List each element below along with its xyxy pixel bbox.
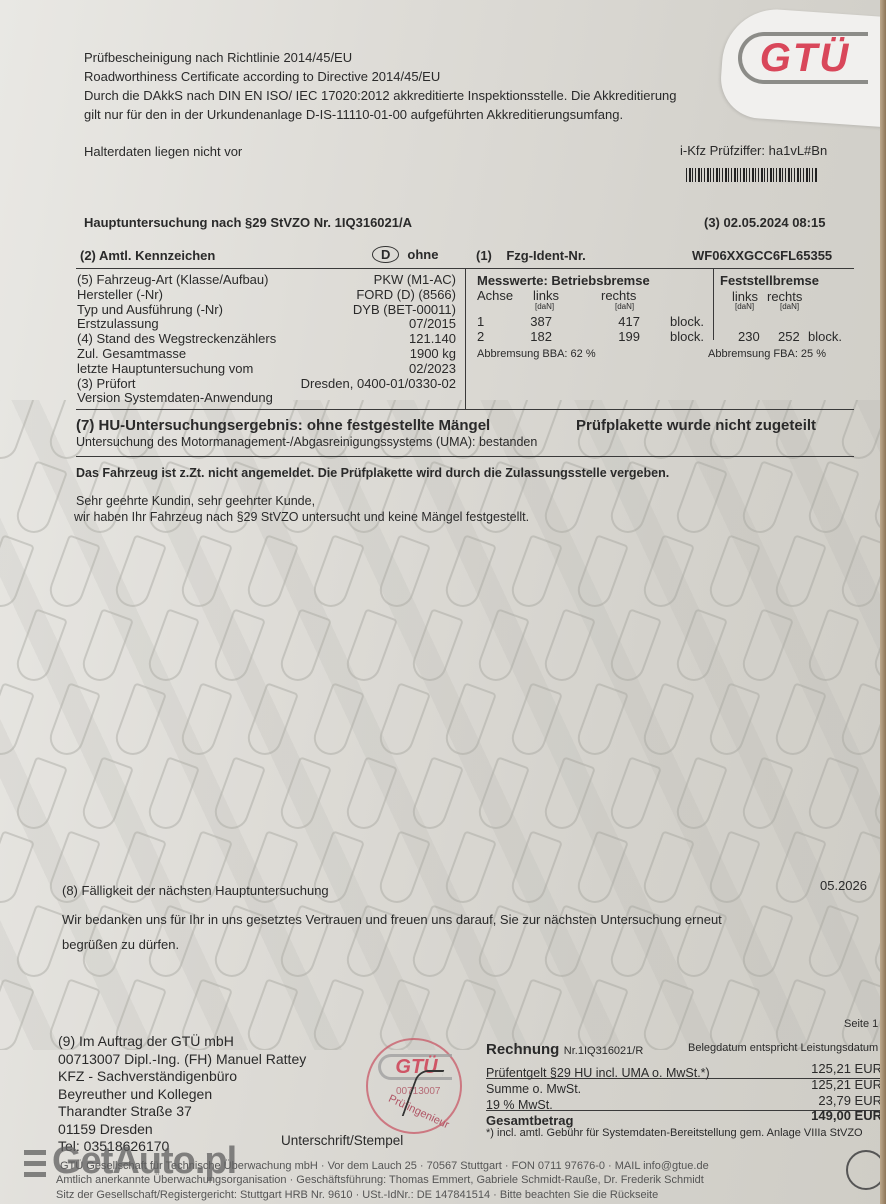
invoice-number: Nr.1IQ316021/R xyxy=(564,1045,644,1057)
watermark-logo-icon xyxy=(837,682,886,759)
date-label: (3) xyxy=(704,215,720,230)
invoice-footnote: *) incl. amtl. Gebühr für Systemdaten-Be… xyxy=(486,1127,863,1139)
vehicle-field-label: Version Systemdaten-Anwendung xyxy=(77,390,273,405)
watermark-logo-icon xyxy=(78,756,134,833)
invoice-title: Rechnung xyxy=(486,1041,559,1058)
next-inspection-date: 05.2026 xyxy=(820,878,867,893)
parking-unit-right: [daN] xyxy=(780,302,799,311)
watermark-logo-icon xyxy=(639,830,695,907)
watermark-logo-icon xyxy=(507,682,563,759)
watermark-logo-icon xyxy=(507,830,563,907)
examiner-line: Beyreuther und Kollegen xyxy=(58,1086,306,1104)
brake-left: 182 xyxy=(512,329,552,344)
barcode xyxy=(686,168,818,182)
watermark-logo-icon xyxy=(738,904,794,981)
ikfz-value: ha1vL#Bn xyxy=(769,143,828,158)
watermark-logo-icon xyxy=(804,608,860,685)
brake-axle: 2 xyxy=(477,329,484,344)
divider xyxy=(76,409,854,410)
vehicle-field-label: letzte Hauptuntersuchung vom xyxy=(77,361,253,376)
parking-brake-title: Feststellbremse xyxy=(720,273,819,288)
divider xyxy=(713,268,714,340)
invoice-line-amount: 125,21 EUR xyxy=(811,1077,882,1092)
watermark-logo-icon xyxy=(804,460,860,537)
watermark-logo-icon xyxy=(276,608,332,685)
watermark-logo-icon xyxy=(837,534,886,611)
watermark-logo-icon xyxy=(342,756,398,833)
vehicle-field-value: Dresden, 0400-01/0330-02 xyxy=(301,376,456,391)
watermark-logo-icon xyxy=(738,460,794,537)
watermark-logo-icon xyxy=(342,608,398,685)
watermark-logo-icon xyxy=(144,756,200,833)
watermark-logo-icon xyxy=(210,756,266,833)
watermark-logo-icon xyxy=(12,460,68,537)
watermark-logo-icon xyxy=(606,608,662,685)
invoice-line-amount: 23,79 EUR xyxy=(818,1093,882,1108)
col-left: links xyxy=(533,288,559,303)
signature-label: Unterschrift/Stempel xyxy=(281,1133,403,1148)
vehicle-field-label: Typ und Ausführung (-Nr) xyxy=(77,302,223,317)
divider xyxy=(76,456,854,457)
watermark-logo-icon xyxy=(111,534,167,611)
watermark-logo-icon xyxy=(804,904,860,981)
watermark-logo-icon xyxy=(771,534,827,611)
watermark-logo-icon xyxy=(573,534,629,611)
vin-label: (1) Fzg-Ident-Nr. xyxy=(476,248,586,263)
watermark-logo-icon xyxy=(45,682,101,759)
watermark-logo-icon xyxy=(837,978,886,1050)
watermark-logo-icon xyxy=(771,978,827,1050)
vehicle-field-label: (4) Stand des Wegstreckenzählers xyxy=(77,331,276,346)
watermark-logo-icon xyxy=(45,534,101,611)
watermark-logo-icon xyxy=(12,608,68,685)
invoice-line-amount: 125,21 EUR xyxy=(811,1061,882,1076)
header-line: Durch die DAkkS nach DIN EN ISO/ IEC 170… xyxy=(84,86,677,105)
vehicle-field-value: FORD (D) (8566) xyxy=(356,287,456,302)
next-inspection-label: (8) Fälligkeit der nächsten Hauptuntersu… xyxy=(62,883,329,898)
parking-unit-left: [daN] xyxy=(735,302,754,311)
parking-brake-braking: Abbremsung FBA: 25 % xyxy=(708,348,826,360)
watermark-logo-icon xyxy=(606,756,662,833)
examiner-line: 01159 Dresden xyxy=(58,1121,306,1139)
watermark-logo-icon xyxy=(705,830,761,907)
watermark-logo-icon xyxy=(0,400,35,464)
ikfz-label: i-Kfz Prüfziffer: xyxy=(680,143,765,158)
col-axle: Achse xyxy=(477,288,513,303)
sticker-status: Prüfplakette wurde nicht zugeteilt xyxy=(576,417,816,434)
watermark-logo-icon xyxy=(771,830,827,907)
watermark-logo-icon xyxy=(639,534,695,611)
watermark-logo-icon xyxy=(672,608,728,685)
watermark-logo-icon xyxy=(474,756,530,833)
plate-label: (2) Amtl. Kennzeichen xyxy=(80,248,215,263)
invoice-date-note: Belegdatum entspricht Leistungsdatum xyxy=(688,1042,878,1054)
header-line: Roadworthiness Certificate according to … xyxy=(84,67,677,86)
watermark-logo-icon xyxy=(804,756,860,833)
unit-right: [daN] xyxy=(615,302,634,311)
watermark-logo-icon xyxy=(672,460,728,537)
watermark-logo-icon xyxy=(771,682,827,759)
watermark-logo-icon xyxy=(639,682,695,759)
vehicle-field-value: 07/2015 xyxy=(409,316,456,331)
watermark-logo-icon xyxy=(177,682,233,759)
footer-line-3: Sitz der Gesellschaft/Registergericht: S… xyxy=(56,1189,658,1201)
watermark-logo-icon xyxy=(309,682,365,759)
country-code-badge: D xyxy=(372,246,399,263)
brake-left: 387 xyxy=(512,314,552,329)
ikfz-check-code: i-Kfz Prüfziffer: ha1vL#Bn xyxy=(680,143,827,158)
gtu-logo-text: GTÜ xyxy=(760,36,850,81)
plate-field: Dohne xyxy=(372,246,438,263)
vin-label-number: (1) xyxy=(476,248,492,263)
inspection-date: (3) 02.05.2024 08:15 xyxy=(704,215,825,230)
watermark-logo-icon xyxy=(0,978,35,1050)
watermark-logo-icon xyxy=(0,682,35,759)
certificate-header: Prüfbescheinigung nach Richtlinie 2014/4… xyxy=(84,48,677,124)
parking-left-value: 230 xyxy=(738,329,760,344)
watermark-logo-icon xyxy=(540,608,596,685)
watermark-logo-icon xyxy=(375,534,431,611)
parking-right-value: 252 xyxy=(778,329,800,344)
watermark-logo-icon xyxy=(639,978,695,1050)
service-brake-braking: Abbremsung BBA: 62 % xyxy=(477,348,596,360)
vehicle-field-value: 121.140 xyxy=(409,331,456,346)
watermark-logo-icon xyxy=(375,830,431,907)
invoice-header: Rechnung Nr.1IQ316021/R xyxy=(486,1041,643,1059)
total-label: Gesamtbetrag xyxy=(486,1113,573,1128)
watermark-logo-icon xyxy=(573,830,629,907)
vehicle-field-value: 02/2023 xyxy=(409,361,456,376)
watermark-logo-icon xyxy=(276,756,332,833)
inspection-title: Hauptuntersuchung nach §29 StVZO Nr. 1IQ… xyxy=(84,215,412,230)
examiner-block: (9) Im Auftrag der GTÜ mbH 00713007 Dipl… xyxy=(58,1033,306,1156)
watermark-logo-icon xyxy=(0,534,35,611)
vehicle-field-label: (3) Prüfort xyxy=(77,376,136,391)
watermark-logo-icon xyxy=(0,830,35,907)
watermark-logo-icon xyxy=(507,978,563,1050)
watermark-logo-icon xyxy=(441,830,497,907)
watermark-logo-icon xyxy=(573,978,629,1050)
watermark-logo-icon xyxy=(441,534,497,611)
result-title: (7) HU-Untersuchungsergebnis: ohne festg… xyxy=(76,417,490,434)
thanks-line-2: begrüßen zu dürfen. xyxy=(62,937,179,952)
uma-result: Untersuchung des Motormanagement-/Abgasr… xyxy=(76,435,537,449)
plate-value: ohne xyxy=(407,247,438,262)
vehicle-field-value: DYB (BET-00011) xyxy=(353,302,456,317)
watermark-logo-icon xyxy=(12,904,68,981)
watermark-logo-icon xyxy=(309,534,365,611)
getauto-logo-icon xyxy=(24,1150,46,1180)
vehicle-field-label: Hersteller (-Nr) xyxy=(77,287,163,302)
watermark-logo-icon xyxy=(738,608,794,685)
divider xyxy=(465,268,466,409)
vin-label-text: Fzg-Ident-Nr. xyxy=(506,248,585,263)
brake-status: block. xyxy=(670,329,704,344)
watermark-logo-icon xyxy=(12,756,68,833)
vehicle-field-value: 1900 kg xyxy=(410,346,456,361)
header-line: gilt nur für den in der Urkundenanlage D… xyxy=(84,105,677,124)
watermark-logo-icon xyxy=(375,682,431,759)
holder-data-note: Halterdaten liegen nicht vor xyxy=(84,144,242,159)
parking-status: block. xyxy=(808,329,842,344)
watermark-logo-icon xyxy=(705,682,761,759)
paper-edge xyxy=(880,0,886,1204)
examiner-line: KFZ - Sachverständigenbüro xyxy=(58,1068,306,1086)
vehicle-field-label: (5) Fahrzeug-Art (Klasse/Aufbau) xyxy=(77,272,268,287)
watermark-logo-icon xyxy=(441,682,497,759)
watermark-logo-icon xyxy=(540,756,596,833)
gtu-logo: GTÜ xyxy=(738,32,868,84)
col-right: rechts xyxy=(601,288,636,303)
watermark-logo-icon xyxy=(243,534,299,611)
site-watermark: GetAuto.pl xyxy=(52,1140,236,1183)
watermark-logo-icon xyxy=(573,682,629,759)
header-line: Prüfbescheinigung nach Richtlinie 2014/4… xyxy=(84,48,677,67)
date-value: 02.05.2024 08:15 xyxy=(724,215,826,230)
watermark-logo-icon xyxy=(144,608,200,685)
result-message: wir haben Ihr Fahrzeug nach §29 StVZO un… xyxy=(74,510,529,524)
watermark-logo-icon xyxy=(837,830,886,907)
watermark-logo-icon xyxy=(474,608,530,685)
brake-right: 417 xyxy=(600,314,640,329)
vehicle-field-label: Zul. Gesamtmasse xyxy=(77,346,186,361)
vin-value: WF06XXGCC6FL65355 xyxy=(692,248,832,263)
watermark-logo-icon xyxy=(705,534,761,611)
divider xyxy=(486,1078,882,1079)
watermark-logo-icon xyxy=(177,534,233,611)
vehicle-field-label: Erstzulassung xyxy=(77,316,159,331)
brake-right: 199 xyxy=(600,329,640,344)
watermark-logo-icon xyxy=(408,608,464,685)
watermark-logo-icon xyxy=(507,534,563,611)
total-amount: 149,00 EUR xyxy=(811,1108,882,1123)
watermark-logo-icon xyxy=(243,682,299,759)
examiner-line: (9) Im Auftrag der GTÜ mbH xyxy=(58,1033,306,1051)
watermark-logo-icon xyxy=(210,608,266,685)
vehicle-field-value: PKW (M1-AC) xyxy=(374,272,456,287)
examiner-line: 00713007 Dipl.-Ing. (FH) Manuel Rattey xyxy=(58,1051,306,1069)
watermark-logo-icon xyxy=(111,682,167,759)
invoice-line-label: Summe o. MwSt. xyxy=(486,1082,581,1096)
examiner-stamp: GTÜ 00713007 Prüfingenieur xyxy=(366,1038,462,1134)
registration-notice: Das Fahrzeug ist z.Zt. nicht angemeldet.… xyxy=(76,466,669,480)
watermark-logo-icon xyxy=(408,756,464,833)
watermark-logo-icon xyxy=(738,756,794,833)
watermark-logo-icon xyxy=(309,978,365,1050)
brake-status: block. xyxy=(670,314,704,329)
watermark-logo-icon xyxy=(705,978,761,1050)
examiner-line: Tharandter Straße 37 xyxy=(58,1103,306,1121)
watermark-logo-icon xyxy=(672,756,728,833)
service-brake-title: Messwerte: Betriebsbremse xyxy=(477,273,650,288)
page-number: Seite 1 xyxy=(844,1018,878,1030)
greeting: Sehr geehrte Kundin, sehr geehrter Kunde… xyxy=(76,494,315,508)
watermark-logo-icon xyxy=(441,978,497,1050)
watermark-logo-icon xyxy=(78,608,134,685)
brake-axle: 1 xyxy=(477,314,484,329)
thanks-line-1: Wir bedanken uns für Ihr in uns gesetzte… xyxy=(62,912,722,927)
unit-left: [daN] xyxy=(535,302,554,311)
